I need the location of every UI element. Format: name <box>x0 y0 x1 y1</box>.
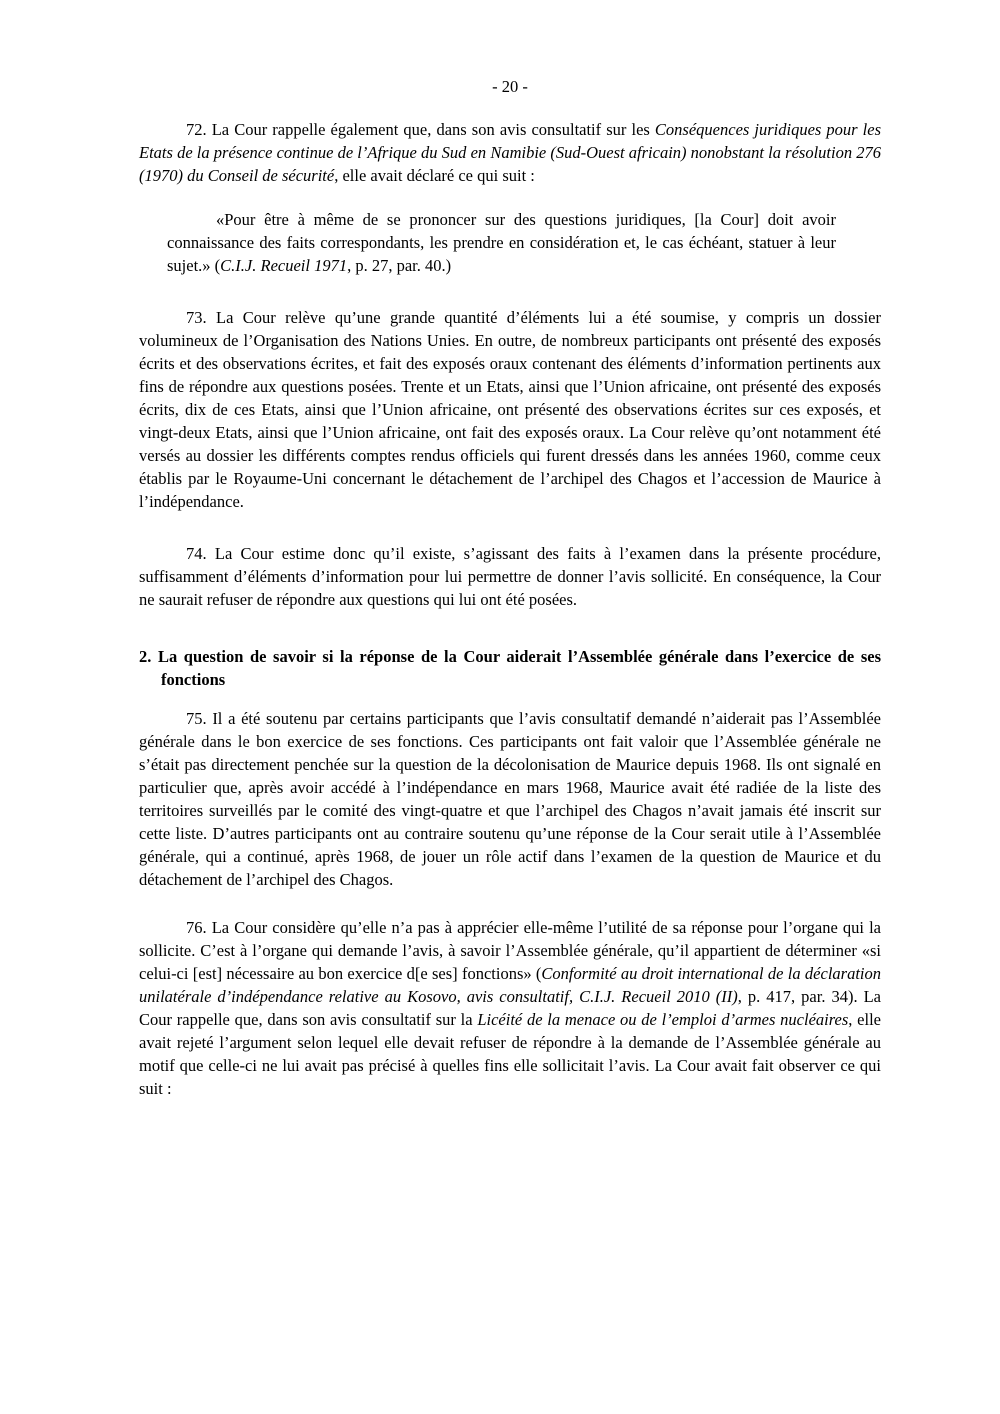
paragraph-76: 76. La Cour considère qu’elle n’a pas à … <box>139 916 881 1100</box>
section-heading-2: 2. La question de savoir si la réponse d… <box>139 645 881 691</box>
page-number: - 20 - <box>139 75 881 98</box>
paragraph-74: 74. La Cour estime donc qu’il existe, s’… <box>139 542 881 611</box>
block-quote-cij-1971: «Pour être à même de se prononcer sur de… <box>167 208 836 277</box>
paragraph-73: 73. La Cour relève qu’une grande quantit… <box>139 306 881 513</box>
document-page: - 20 - 72. La Cour rappelle également qu… <box>0 0 1000 1414</box>
paragraph-75: 75. Il a été soutenu par certains partic… <box>139 707 881 891</box>
text-column: - 20 - 72. La Cour rappelle également qu… <box>139 75 881 1100</box>
paragraph-72: 72. La Cour rappelle également que, dans… <box>139 118 881 187</box>
